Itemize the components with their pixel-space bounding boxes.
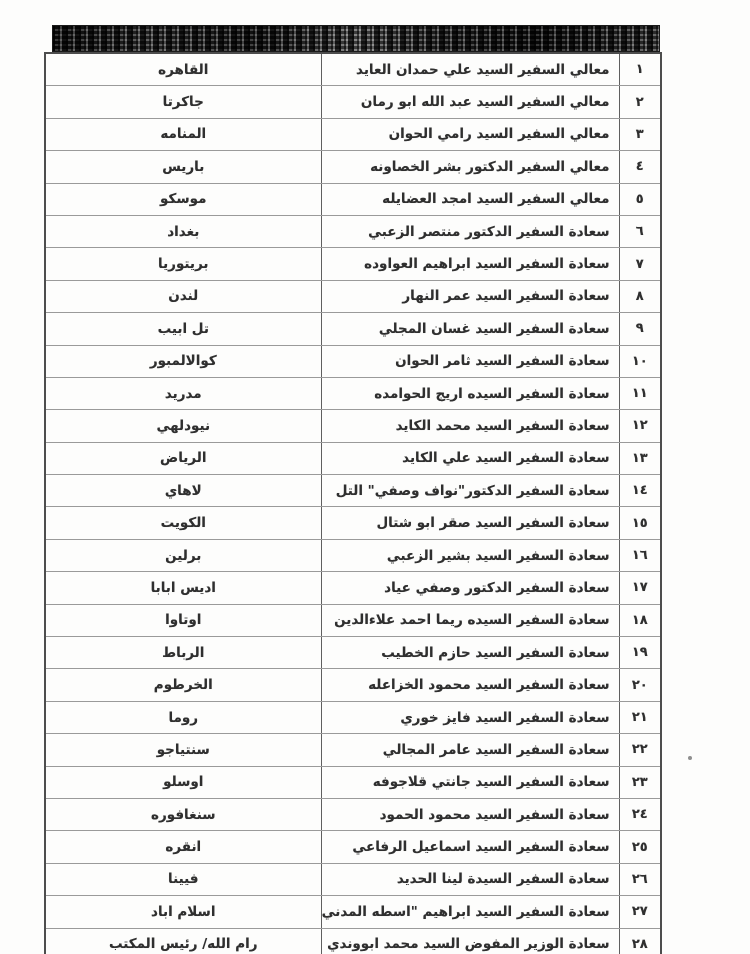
ambassador-name-cell: سعادة السفير السيد ثامر الحوان [321, 345, 619, 377]
table-row: ٢٣سعادة السفير السيد جانتي قلاجوفهاوسلو [45, 766, 661, 798]
ambassador-name-cell: سعادة السفير السيد جانتي قلاجوفه [321, 766, 619, 798]
table-row: ١٨سعادة السفير السيده ريما احمد علاءالدي… [45, 604, 661, 636]
ambassador-name-cell: سعادة السفير السيد علي الكايد [321, 442, 619, 474]
row-number-cell: ١٨ [619, 604, 661, 636]
row-number-cell: ٢٧ [619, 896, 661, 928]
ambassador-name-cell: سعادة السفير السيد عمر النهار [321, 280, 619, 312]
table-row: ١٢سعادة السفير السيد محمد الكايدنيودلهي [45, 410, 661, 442]
table-row: ٤معالي السفير الدكتور بشر الخصاونهباريس [45, 151, 661, 183]
city-cell: مدريد [45, 377, 321, 409]
city-cell: برلين [45, 539, 321, 571]
table-row: ١٣سعادة السفير السيد علي الكايدالرياض [45, 442, 661, 474]
ambassador-name-cell: سعادة الوزير المفوض السيد محمد ابووندي [321, 928, 619, 954]
row-number-cell: ٢٠ [619, 669, 661, 701]
ambassador-name-cell: سعادة السفير السيد ابراهيم العواوده [321, 248, 619, 280]
table-row: ١٠سعادة السفير السيد ثامر الحوانكوالالمب… [45, 345, 661, 377]
city-cell: لندن [45, 280, 321, 312]
table-row: ٢٠سعادة السفير السيد محمود الخزاعلهالخرط… [45, 669, 661, 701]
ambassador-name-cell: سعادة السفير السيد بشير الزعبي [321, 539, 619, 571]
city-cell: جاكرتا [45, 86, 321, 118]
ambassador-name-cell: سعادة السفير السيدة لينا الحديد [321, 863, 619, 895]
ambassador-name-cell: معالي السفير السيد رامي الحوان [321, 118, 619, 150]
table-row: ٢٨سعادة الوزير المفوض السيد محمد ابووندي… [45, 928, 661, 954]
city-cell: روما [45, 701, 321, 733]
row-number-cell: ٢٤ [619, 798, 661, 830]
city-cell: الخرطوم [45, 669, 321, 701]
row-number-cell: ٢٢ [619, 734, 661, 766]
row-number-cell: ١٥ [619, 507, 661, 539]
city-cell: رام الله/ رئيس المكتب [45, 928, 321, 954]
city-cell: لاهاي [45, 475, 321, 507]
table-row: ١٩سعادة السفير السيد حازم الخطيبالرباط [45, 637, 661, 669]
city-cell: انقره [45, 831, 321, 863]
row-number-cell: ١٤ [619, 475, 661, 507]
table-row: ٢٦سعادة السفير السيدة لينا الحديدفيينا [45, 863, 661, 895]
ambassador-name-cell: سعادة السفير السيد محمود الخزاعله [321, 669, 619, 701]
ambassador-name-cell: سعادة السفير الدكتور وصفي عياد [321, 572, 619, 604]
ambassador-name-cell: معالي السفير السيد امجد العضايله [321, 183, 619, 215]
table-row: ٣معالي السفير السيد رامي الحوانالمنامه [45, 118, 661, 150]
table-row: ٦سعادة السفير الدكتور منتصر الزعبيبغداد [45, 215, 661, 247]
table-header-band [52, 25, 660, 52]
row-number-cell: ١٣ [619, 442, 661, 474]
city-cell: سنتياجو [45, 734, 321, 766]
row-number-cell: ٢٥ [619, 831, 661, 863]
ambassador-name-cell: معالي السفير السيد عبد الله ابو رمان [321, 86, 619, 118]
row-number-cell: ٢ [619, 86, 661, 118]
city-cell: اوتاوا [45, 604, 321, 636]
city-cell: تل ابيب [45, 313, 321, 345]
ambassador-name-cell: سعادة السفير السيد صقر ابو شتال [321, 507, 619, 539]
table-row: ٢معالي السفير السيد عبد الله ابو رمانجاك… [45, 86, 661, 118]
scanned-document-page: ١معالي السفير السيد علي حمدان العايدالقا… [0, 0, 750, 954]
row-number-cell: ١٧ [619, 572, 661, 604]
table-row: ١١سعادة السفير السيده اريج الحوامدهمدريد [45, 377, 661, 409]
row-number-cell: ٤ [619, 151, 661, 183]
city-cell: بغداد [45, 215, 321, 247]
ambassador-name-cell: سعادة السفير السيد عامر المجالي [321, 734, 619, 766]
table-row: ٢٤سعادة السفير السيد محمود الحمودسنغافور… [45, 798, 661, 830]
city-cell: اديس ابابا [45, 572, 321, 604]
ambassador-name-cell: سعادة السفير السيد اسماعيل الرفاعي [321, 831, 619, 863]
city-cell: اوسلو [45, 766, 321, 798]
table-row: ٢١سعادة السفير السيد فايز خوريروما [45, 701, 661, 733]
city-cell: كوالالمبور [45, 345, 321, 377]
row-number-cell: ٣ [619, 118, 661, 150]
ambassador-name-cell: سعادة السفير السيد محمد الكايد [321, 410, 619, 442]
city-cell: فيينا [45, 863, 321, 895]
table-row: ٢٥سعادة السفير السيد اسماعيل الرفاعيانقر… [45, 831, 661, 863]
row-number-cell: ١٠ [619, 345, 661, 377]
ambassador-name-cell: سعادة السفير السيد فايز خوري [321, 701, 619, 733]
ambassador-name-cell: سعادة السفير السيد حازم الخطيب [321, 637, 619, 669]
ambassador-name-cell: سعادة السفير السيده اريج الحوامده [321, 377, 619, 409]
row-number-cell: ١٩ [619, 637, 661, 669]
ambassador-name-cell: سعادة السفير السيد محمود الحمود [321, 798, 619, 830]
table-body: ١معالي السفير السيد علي حمدان العايدالقا… [45, 53, 661, 954]
city-cell: اسلام اباد [45, 896, 321, 928]
ambassador-name-cell: سعادة السفير الدكتور"نواف وصفي" التل [321, 475, 619, 507]
city-cell: الرياض [45, 442, 321, 474]
city-cell: الكويت [45, 507, 321, 539]
ambassadors-table-grid: ١معالي السفير السيد علي حمدان العايدالقا… [44, 52, 662, 954]
table-row: ١٧سعادة السفير الدكتور وصفي عياداديس ابا… [45, 572, 661, 604]
table-row: ١٥سعادة السفير السيد صقر ابو شتالالكويت [45, 507, 661, 539]
row-number-cell: ٥ [619, 183, 661, 215]
table-row: ٩سعادة السفير السيد غسان المجليتل ابيب [45, 313, 661, 345]
row-number-cell: ٧ [619, 248, 661, 280]
ambassador-name-cell: سعادة السفير الدكتور منتصر الزعبي [321, 215, 619, 247]
table-row: ٨سعادة السفير السيد عمر النهارلندن [45, 280, 661, 312]
city-cell: موسكو [45, 183, 321, 215]
ambassador-name-cell: معالي السفير الدكتور بشر الخصاونه [321, 151, 619, 183]
city-cell: الرباط [45, 637, 321, 669]
row-number-cell: ٩ [619, 313, 661, 345]
city-cell: باريس [45, 151, 321, 183]
row-number-cell: ١٦ [619, 539, 661, 571]
table-row: ٥معالي السفير السيد امجد العضايلهموسكو [45, 183, 661, 215]
row-number-cell: ١٢ [619, 410, 661, 442]
city-cell: سنغافوره [45, 798, 321, 830]
table-row: ١معالي السفير السيد علي حمدان العايدالقا… [45, 53, 661, 86]
ambassadors-table: ١معالي السفير السيد علي حمدان العايدالقا… [44, 25, 660, 954]
row-number-cell: ١١ [619, 377, 661, 409]
city-cell: القاهره [45, 53, 321, 86]
row-number-cell: ٢٣ [619, 766, 661, 798]
table-row: ١٤سعادة السفير الدكتور"نواف وصفي" التللا… [45, 475, 661, 507]
city-cell: نيودلهي [45, 410, 321, 442]
table-row: ٢٢سعادة السفير السيد عامر المجاليسنتياجو [45, 734, 661, 766]
row-number-cell: ٢٨ [619, 928, 661, 954]
table-row: ٧سعادة السفير السيد ابراهيم العواودهبريت… [45, 248, 661, 280]
row-number-cell: ٨ [619, 280, 661, 312]
row-number-cell: ٦ [619, 215, 661, 247]
ambassador-name-cell: سعادة السفير السيد غسان المجلي [321, 313, 619, 345]
row-number-cell: ٢١ [619, 701, 661, 733]
table-row: ١٦سعادة السفير السيد بشير الزعبيبرلين [45, 539, 661, 571]
row-number-cell: ١ [619, 53, 661, 86]
table-row: ٢٧سعادة السفير السيد ابراهيم "اسطه المدن… [45, 896, 661, 928]
ambassador-name-cell: سعادة السفير السيده ريما احمد علاءالدين [321, 604, 619, 636]
city-cell: بريتوريا [45, 248, 321, 280]
city-cell: المنامه [45, 118, 321, 150]
scan-speck [688, 756, 692, 760]
ambassador-name-cell: سعادة السفير السيد ابراهيم "اسطه المدني" [321, 896, 619, 928]
row-number-cell: ٢٦ [619, 863, 661, 895]
ambassador-name-cell: معالي السفير السيد علي حمدان العايد [321, 53, 619, 86]
